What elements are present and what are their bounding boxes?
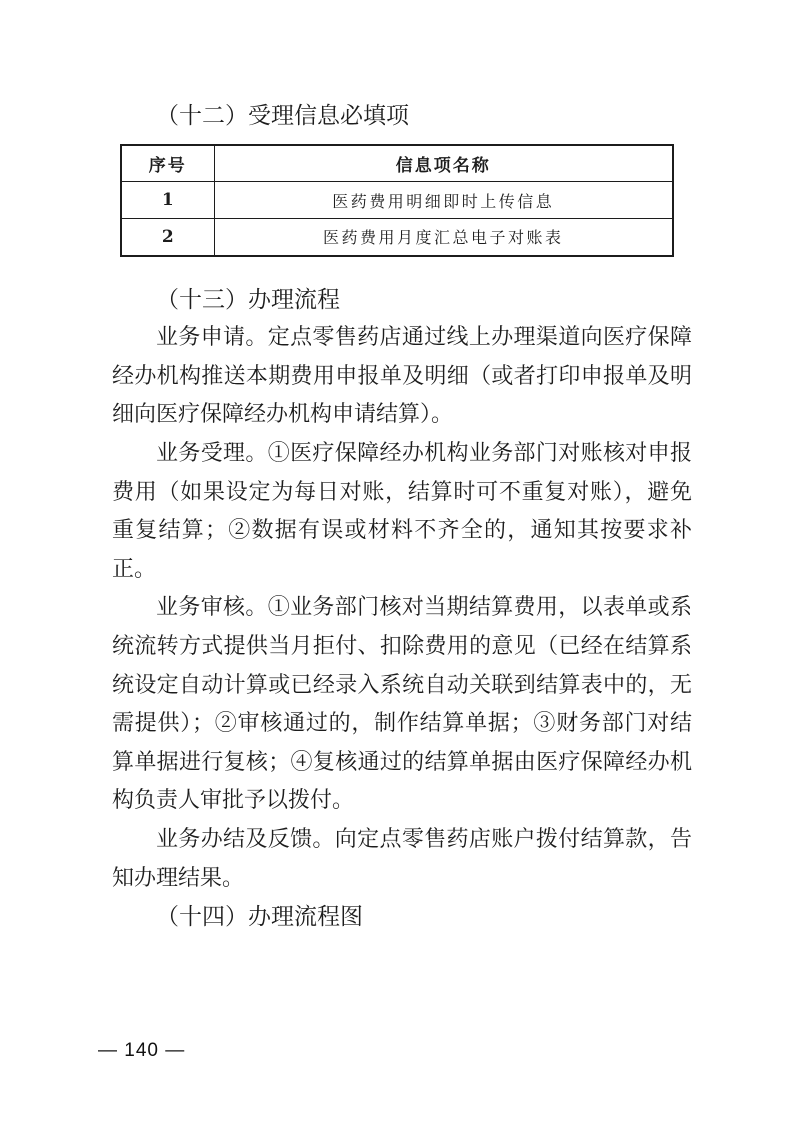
required-info-table: 序号 信息项名称 1 医药费用明细即时上传信息 2 医药费用月度汇总电子对账表	[120, 144, 674, 257]
paragraph-business-application: 业务申请。定点零售药店通过线上办理渠道向医疗保障经办机构推送本期费用申报单及明细…	[112, 319, 692, 435]
row-index-cell: 1	[121, 182, 214, 219]
paragraph-business-completion: 业务办结及反馈。向定点零售药店账户拨付结算款，告知办理结果。	[112, 821, 692, 898]
section-heading-12: （十二）受理信息必填项	[112, 97, 692, 136]
section-heading-14: （十四）办理流程图	[112, 898, 692, 937]
table-row: 2 医药费用月度汇总电子对账表	[121, 219, 673, 256]
table-header-index: 序号	[121, 145, 214, 182]
row-name-cell: 医药费用明细即时上传信息	[214, 182, 673, 219]
paragraph-business-acceptance: 业务受理。①医疗保障经办机构业务部门对账核对申报费用（如果设定为每日对账，结算时…	[112, 435, 692, 589]
table-header-name: 信息项名称	[214, 145, 673, 182]
row-index-cell: 2	[121, 219, 214, 256]
table-header-row: 序号 信息项名称	[121, 145, 673, 182]
document-page: （十二）受理信息必填项 序号 信息项名称 1 医药费用明细即时上传信息 2	[0, 0, 793, 1122]
page-number: — 140 —	[98, 1040, 185, 1062]
row-name-cell: 医药费用月度汇总电子对账表	[214, 219, 673, 256]
paragraph-business-review: 业务审核。①业务部门核对当期结算费用，以表单或系统流转方式提供当月拒付、扣除费用…	[112, 589, 692, 821]
table-row: 1 医药费用明细即时上传信息	[121, 182, 673, 219]
section-heading-13: （十三）办理流程	[112, 281, 692, 320]
page-content: （十二）受理信息必填项 序号 信息项名称 1 医药费用明细即时上传信息 2	[112, 97, 692, 937]
